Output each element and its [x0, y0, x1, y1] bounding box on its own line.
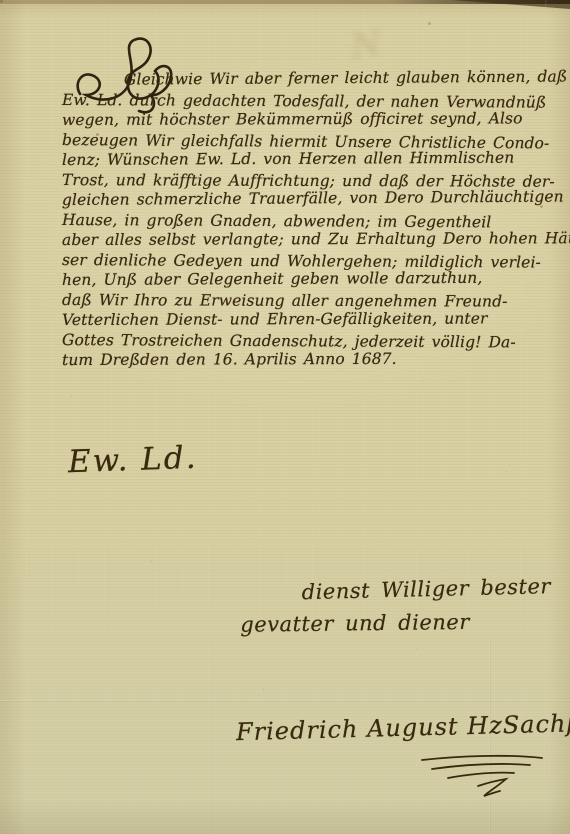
body-line: hen, Unß aber Gelegenheit geben wolle da… [62, 267, 544, 290]
body-line: Vetterlichen Dienst- und Ehren-Gefälligk… [62, 308, 544, 330]
body-line: aber alles selbst verlangte; und Zu Erha… [62, 228, 544, 250]
paraph-drawing [418, 752, 548, 804]
body-line: gleichen schmerzliche Trauerfälle, von D… [62, 187, 544, 210]
letter-scan: N Gleichwie Wir aber ferner leicht glaub… [0, 0, 570, 834]
address-abbreviation: Ew. Ld. [67, 440, 198, 480]
closing-line: gevatter und diener [240, 606, 552, 641]
letter-body: Gleichwie Wir aber ferner leicht glauben… [62, 70, 544, 370]
closing-line: dienst Williger bester [239, 571, 551, 610]
body-line: wegen, mit höchster Bekümmernüß officire… [62, 108, 544, 130]
body-line: lenz; Wünschen Ew. Ld. von Herzen allen … [62, 147, 544, 170]
signature-paraph-flourish [418, 752, 548, 808]
body-line: tum Dreßden den 16. Aprilis Anno 1687. [62, 348, 544, 370]
foxing-spots [0, 0, 3, 3]
closing-formula: dienst Williger bester gevatter und dien… [239, 573, 551, 640]
body-line: Gleichwie Wir aber ferner leicht glauben… [62, 67, 544, 90]
